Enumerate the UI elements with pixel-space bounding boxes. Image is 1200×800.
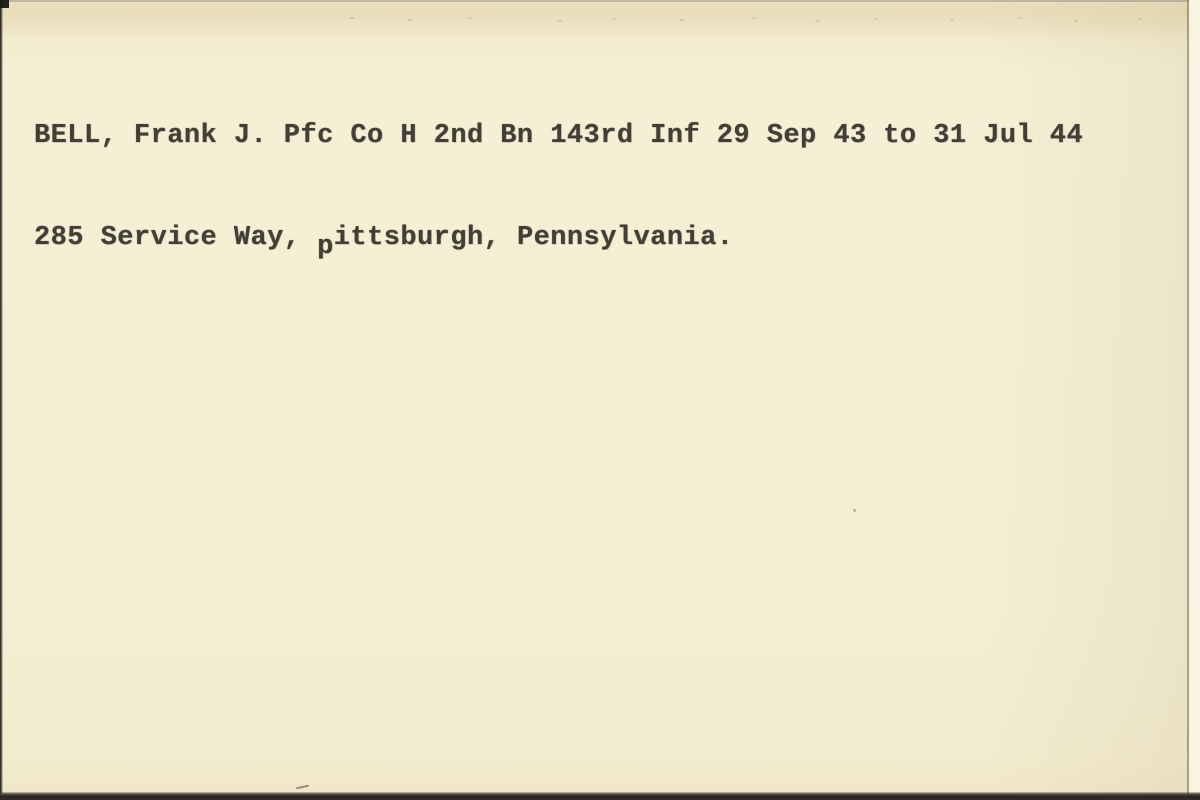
scan-edge-bottom xyxy=(0,792,1200,800)
pencil-mark xyxy=(296,785,309,790)
typed-text-block: BELL, Frank J. Pfc Co H 2nd Bn 143rd Inf… xyxy=(34,51,1083,323)
scan-edge-top xyxy=(0,0,1200,2)
index-card: BELL, Frank J. Pfc Co H 2nd Bn 143rd Inf… xyxy=(0,0,1200,800)
bleed-through-specks xyxy=(350,17,354,19)
scan-margin-right xyxy=(1189,0,1200,793)
typed-line-2-dropped-letter: p xyxy=(317,232,334,262)
scan-edge-left xyxy=(0,0,3,800)
typed-line-1: BELL, Frank J. Pfc Co H 2nd Bn 143rd Inf… xyxy=(34,119,1083,153)
typed-line-2: 285 Service Way, pittsburgh, Pennsylvani… xyxy=(34,221,1083,255)
scan-speck xyxy=(853,509,856,512)
typed-line-2-prefix: 285 Service Way, xyxy=(34,223,317,253)
typed-line-2-suffix: ittsburgh, Pennsylvania. xyxy=(334,223,734,253)
